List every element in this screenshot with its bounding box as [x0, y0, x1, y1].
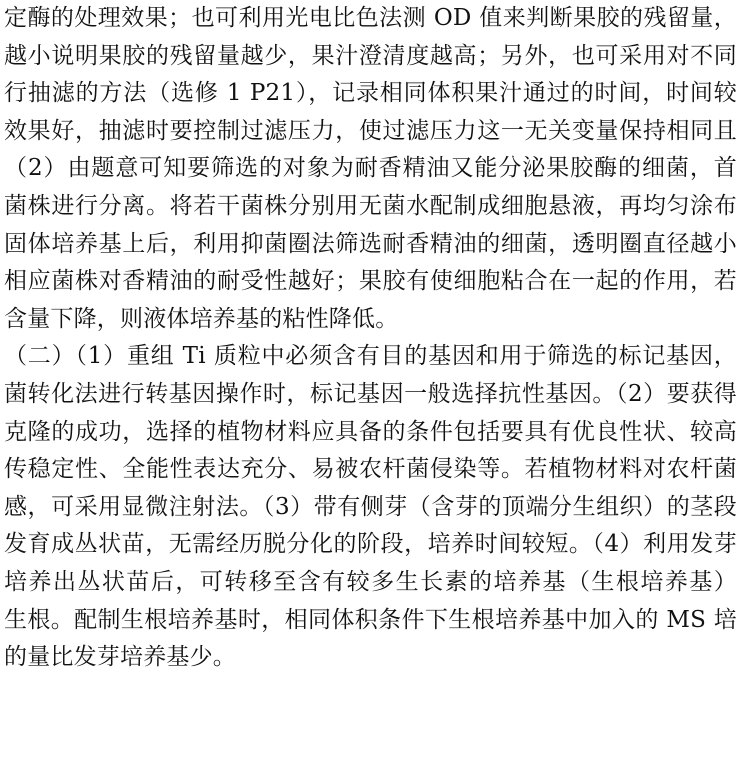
line-text: 克隆的成功，选择的植物材料应具备的条件包括要具有优良性状、较高的遗: [4, 414, 737, 452]
line-text: 感，可采用显微注射法。（3）带有侧芽（含芽的顶端分生组织）的茎段可直接: [4, 489, 737, 527]
line-text: 相应菌株对香精油的耐受性越好；果胶有使细胞粘合在一起的作用，若果胶: [4, 263, 737, 301]
text-line: （2）由题意可知要筛选的对象为耐香精油又能分泌果胶酶的细菌，首先要对: [4, 150, 737, 188]
line-text: 越小说明果胶的残留量越少，果汁澄清度越高；另外，也可采用对不同处理进: [4, 38, 737, 76]
line-text: 行抽滤的方法（选修 1 P21），记录相同体积果汁通过的时间，时间较短的处理: [4, 75, 737, 113]
text-line: 菌株进行分离。将若干菌株分别用无菌水配制成细胞悬液，再均匀涂布到 LB: [4, 188, 737, 226]
text-line: 的量比发芽培养基少。: [4, 639, 737, 677]
text-line: 菌转化法进行转基因操作时，标记基因一般选择抗性基因。（2）要获得植物: [4, 376, 737, 414]
line-text: 菌株进行分离。将若干菌株分别用无菌水配制成细胞悬液，再均匀涂布到 LB: [4, 188, 737, 226]
line-text: （二）（1）重组 Ti 质粒中必须含有目的基因和用于筛选的标记基因，利用农杆: [4, 338, 737, 376]
text-line: 发育成丛状苗，无需经历脱分化的阶段，培养时间较短。（4）利用发芽培养基: [4, 526, 737, 564]
line-text: （2）由题意可知要筛选的对象为耐香精油又能分泌果胶酶的细菌，首先要对: [4, 150, 737, 188]
line-text: 效果好，抽滤时要控制过滤压力，使过滤压力这一无关变量保持相同且适宜。: [4, 113, 737, 151]
line-text: 固体培养基上后，利用抑菌圈法筛选耐香精油的细菌，透明圈直径越小说明: [4, 226, 737, 264]
line-text: 菌转化法进行转基因操作时，标记基因一般选择抗性基因。（2）要获得植物: [4, 376, 737, 414]
answer-document: 定酶的处理效果；也可利用光电比色法测 OD 值来判断果胶的残留量，OD 值 越小…: [4, 0, 737, 677]
text-line: 固体培养基上后，利用抑菌圈法筛选耐香精油的细菌，透明圈直径越小说明: [4, 226, 737, 264]
line-text: 培养出丛状苗后，可转移至含有较多生长素的培养基（生根培养基）中，使其: [4, 564, 737, 602]
text-line: 生根。配制生根培养基时，相同体积条件下生根培养基中加入的 MS 培养基: [4, 602, 737, 640]
line-text: 传稳定性、全能性表达充分、易被农杆菌侵染等。若植物材料对农杆菌不敏: [4, 451, 737, 489]
line-text: 生根。配制生根培养基时，相同体积条件下生根培养基中加入的 MS 培养基: [4, 602, 737, 640]
text-line: 相应菌株对香精油的耐受性越好；果胶有使细胞粘合在一起的作用，若果胶: [4, 263, 737, 301]
text-line: 效果好，抽滤时要控制过滤压力，使过滤压力这一无关变量保持相同且适宜。: [4, 113, 737, 151]
text-line: 含量下降，则液体培养基的粘性降低。: [4, 301, 737, 339]
text-line: 感，可采用显微注射法。（3）带有侧芽（含芽的顶端分生组织）的茎段可直接: [4, 489, 737, 527]
text-line: 定酶的处理效果；也可利用光电比色法测 OD 值来判断果胶的残留量，OD 值: [4, 0, 737, 38]
text-line: 培养出丛状苗后，可转移至含有较多生长素的培养基（生根培养基）中，使其: [4, 564, 737, 602]
text-line: 传稳定性、全能性表达充分、易被农杆菌侵染等。若植物材料对农杆菌不敏: [4, 451, 737, 489]
line-text: 的量比发芽培养基少。: [4, 639, 737, 677]
line-text: 发育成丛状苗，无需经历脱分化的阶段，培养时间较短。（4）利用发芽培养基: [4, 526, 737, 564]
text-line: 克隆的成功，选择的植物材料应具备的条件包括要具有优良性状、较高的遗: [4, 414, 737, 452]
text-line: 越小说明果胶的残留量越少，果汁澄清度越高；另外，也可采用对不同处理进: [4, 38, 737, 76]
text-line: （二）（1）重组 Ti 质粒中必须含有目的基因和用于筛选的标记基因，利用农杆: [4, 338, 737, 376]
text-line: 行抽滤的方法（选修 1 P21），记录相同体积果汁通过的时间，时间较短的处理: [4, 75, 737, 113]
line-text: 定酶的处理效果；也可利用光电比色法测 OD 值来判断果胶的残留量，OD 值: [4, 0, 737, 38]
line-text: 含量下降，则液体培养基的粘性降低。: [4, 301, 737, 339]
